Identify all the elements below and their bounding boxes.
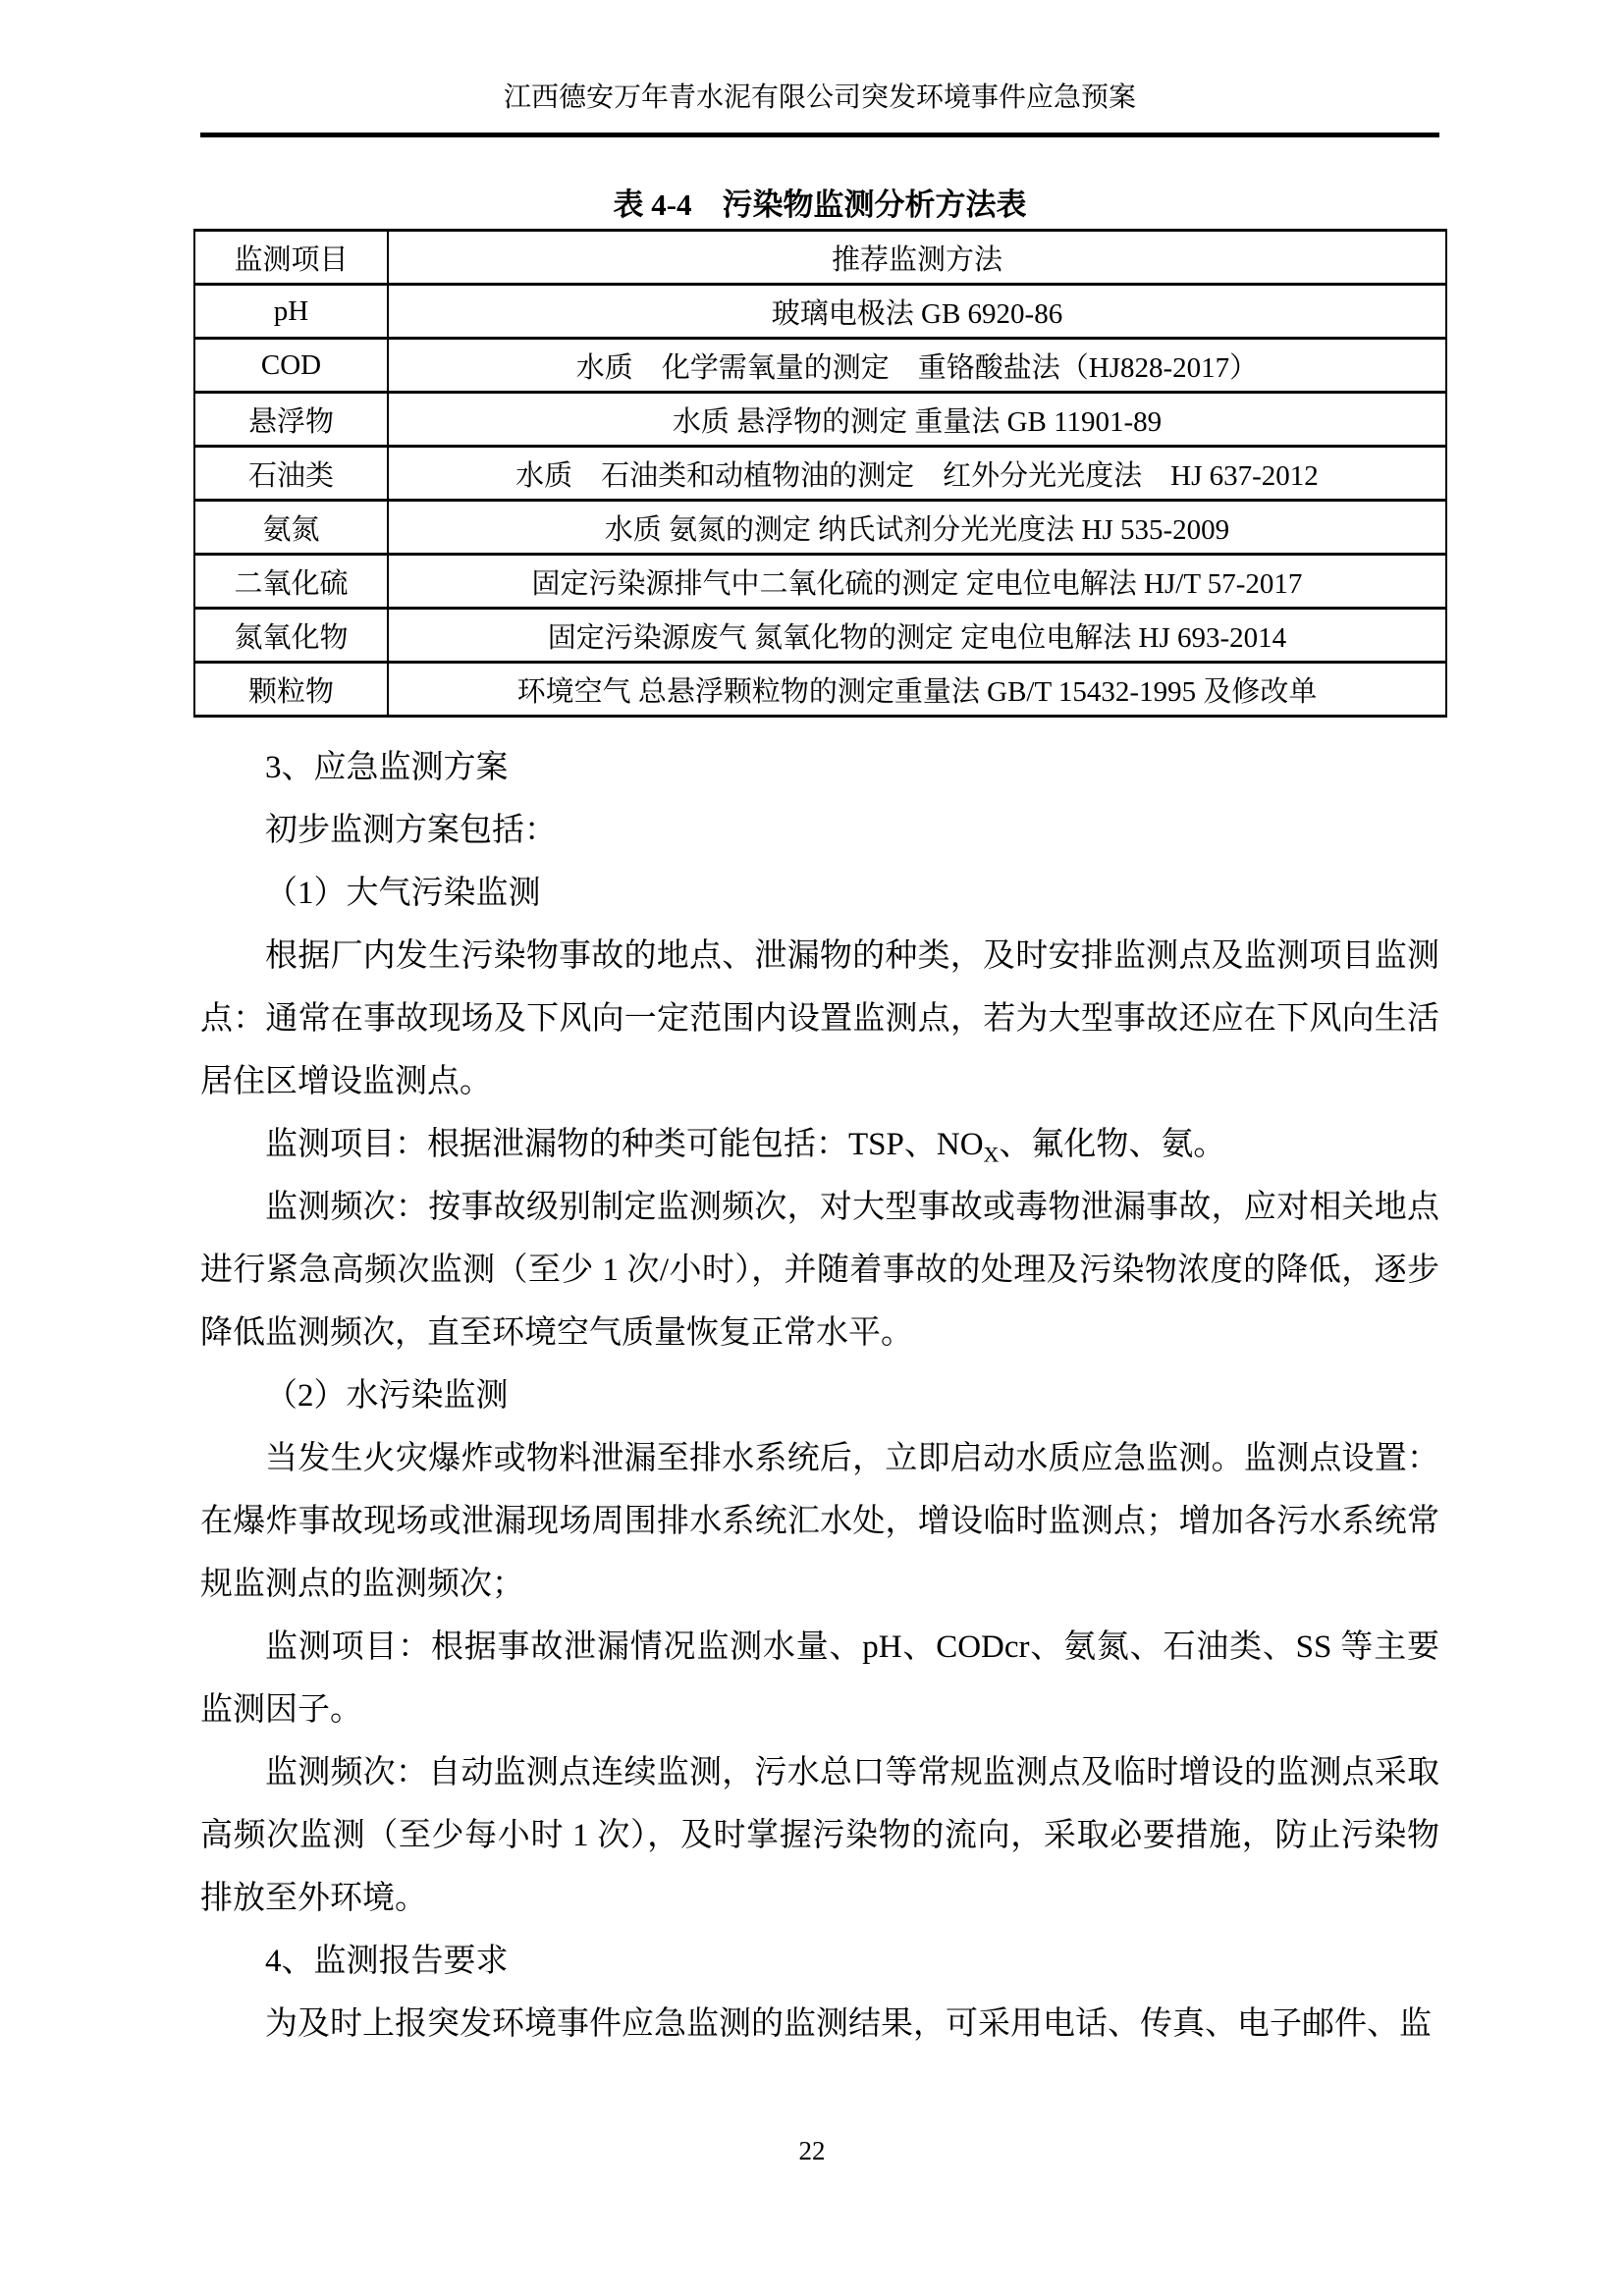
table-row: 悬浮物 水质 悬浮物的测定 重量法 GB 11901-89 — [194, 393, 1446, 447]
item-cell: 二氧化硫 — [194, 555, 388, 609]
section-3-heading: 3、应急监测方案 — [200, 736, 1439, 799]
item-cell: COD — [194, 339, 388, 393]
method-cell: 玻璃电极法 GB 6920-86 — [388, 285, 1446, 339]
table-row: 氮氧化物 固定污染源废气 氮氧化物的测定 定电位电解法 HJ 693-2014 — [194, 609, 1446, 663]
page-number: 22 — [0, 2136, 1624, 2166]
method-cell: 水质 氨氮的测定 纳氏试剂分光光度法 HJ 535-2009 — [388, 501, 1446, 555]
method-cell: 固定污染源废气 氮氧化物的测定 定电位电解法 HJ 693-2014 — [388, 609, 1446, 663]
item-cell: 颗粒物 — [194, 663, 388, 717]
item-cell: 氮氧化物 — [194, 609, 388, 663]
method-cell: 水质 化学需氧量的测定 重铬酸盐法（HJ828-2017） — [388, 339, 1446, 393]
table-row: 二氧化硫 固定污染源排气中二氧化硫的测定 定电位电解法 HJ/T 57-2017 — [194, 555, 1446, 609]
item-1-heading: （1）大气污染监测 — [200, 862, 1439, 925]
paragraph-air-monitor-items: 监测项目：根据泄漏物的种类可能包括：TSP、NOX、氟化物、氨。 — [200, 1113, 1439, 1176]
method-cell: 水质 石油类和动植物油的测定 红外分光光度法 HJ 637-2012 — [388, 447, 1446, 501]
nox-subscript: X — [984, 1143, 1000, 1167]
paragraph-air-monitor-frequency: 监测频次：按事故级别制定监测频次，对大型事故或毒物泄漏事故，应对相关地点进行紧急… — [200, 1176, 1439, 1364]
table-header-row: 监测项目 推荐监测方法 — [194, 231, 1446, 285]
item-cell: 石油类 — [194, 447, 388, 501]
intro-line: 初步监测方案包括： — [200, 799, 1439, 862]
paragraph-water-monitor-items: 监测项目：根据事故泄漏情况监测水量、pH、CODcr、氨氮、石油类、SS 等主要… — [200, 1616, 1439, 1741]
method-cell: 固定污染源排气中二氧化硫的测定 定电位电解法 HJ/T 57-2017 — [388, 555, 1446, 609]
table-row: 氨氮 水质 氨氮的测定 纳氏试剂分光光度法 HJ 535-2009 — [194, 501, 1446, 555]
air-items-text-pre: 监测项目：根据泄漏物的种类可能包括：TSP、NO — [265, 1127, 984, 1162]
section-4-heading: 4、监测报告要求 — [200, 1930, 1439, 1993]
paragraph-air-monitoring: 根据厂内发生污染物事故的地点、泄漏物的种类，及时安排监测点及监测项目监测点：通常… — [200, 925, 1439, 1113]
table-row: 颗粒物 环境空气 总悬浮颗粒物的测定重量法 GB/T 15432-1995 及修… — [194, 663, 1446, 717]
column-header-method: 推荐监测方法 — [388, 231, 1446, 285]
running-header: 江西德安万年青水泥有限公司突发环境事件应急预案 — [200, 80, 1439, 137]
document-page: 江西德安万年青水泥有限公司突发环境事件应急预案 表 4-4 污染物监测分析方法表… — [0, 0, 1624, 2296]
table-row: pH 玻璃电极法 GB 6920-86 — [194, 285, 1446, 339]
table-title: 表 4-4 污染物监测分析方法表 — [200, 187, 1439, 224]
table-row: 石油类 水质 石油类和动植物油的测定 红外分光光度法 HJ 637-2012 — [194, 447, 1446, 501]
paragraph-water-monitor-frequency: 监测频次：自动监测点连续监测，污水总口等常规监测点及临时增设的监测点采取高频次监… — [200, 1741, 1439, 1930]
paragraph-report-requirements: 为及时上报突发环境事件应急监测的监测结果，可采用电话、传真、电子邮件、监 — [200, 1993, 1439, 2056]
body-text: 3、应急监测方案 初步监测方案包括： （1）大气污染监测 根据厂内发生污染物事故… — [200, 736, 1439, 2056]
pollutant-methods-table: 监测项目 推荐监测方法 pH 玻璃电极法 GB 6920-86 COD 水质 化… — [193, 229, 1447, 718]
item-cell: pH — [194, 285, 388, 339]
method-cell: 水质 悬浮物的测定 重量法 GB 11901-89 — [388, 393, 1446, 447]
paragraph-water-monitoring: 当发生火灾爆炸或物料泄漏至排水系统后，立即启动水质应急监测。监测点设置：在爆炸事… — [200, 1427, 1439, 1616]
item-2-heading: （2）水污染监测 — [200, 1364, 1439, 1427]
column-header-item: 监测项目 — [194, 231, 388, 285]
item-cell: 氨氮 — [194, 501, 388, 555]
air-items-text-post: 、氟化物、氨。 — [999, 1127, 1225, 1162]
method-cell: 环境空气 总悬浮颗粒物的测定重量法 GB/T 15432-1995 及修改单 — [388, 663, 1446, 717]
table-row: COD 水质 化学需氧量的测定 重铬酸盐法（HJ828-2017） — [194, 339, 1446, 393]
item-cell: 悬浮物 — [194, 393, 388, 447]
